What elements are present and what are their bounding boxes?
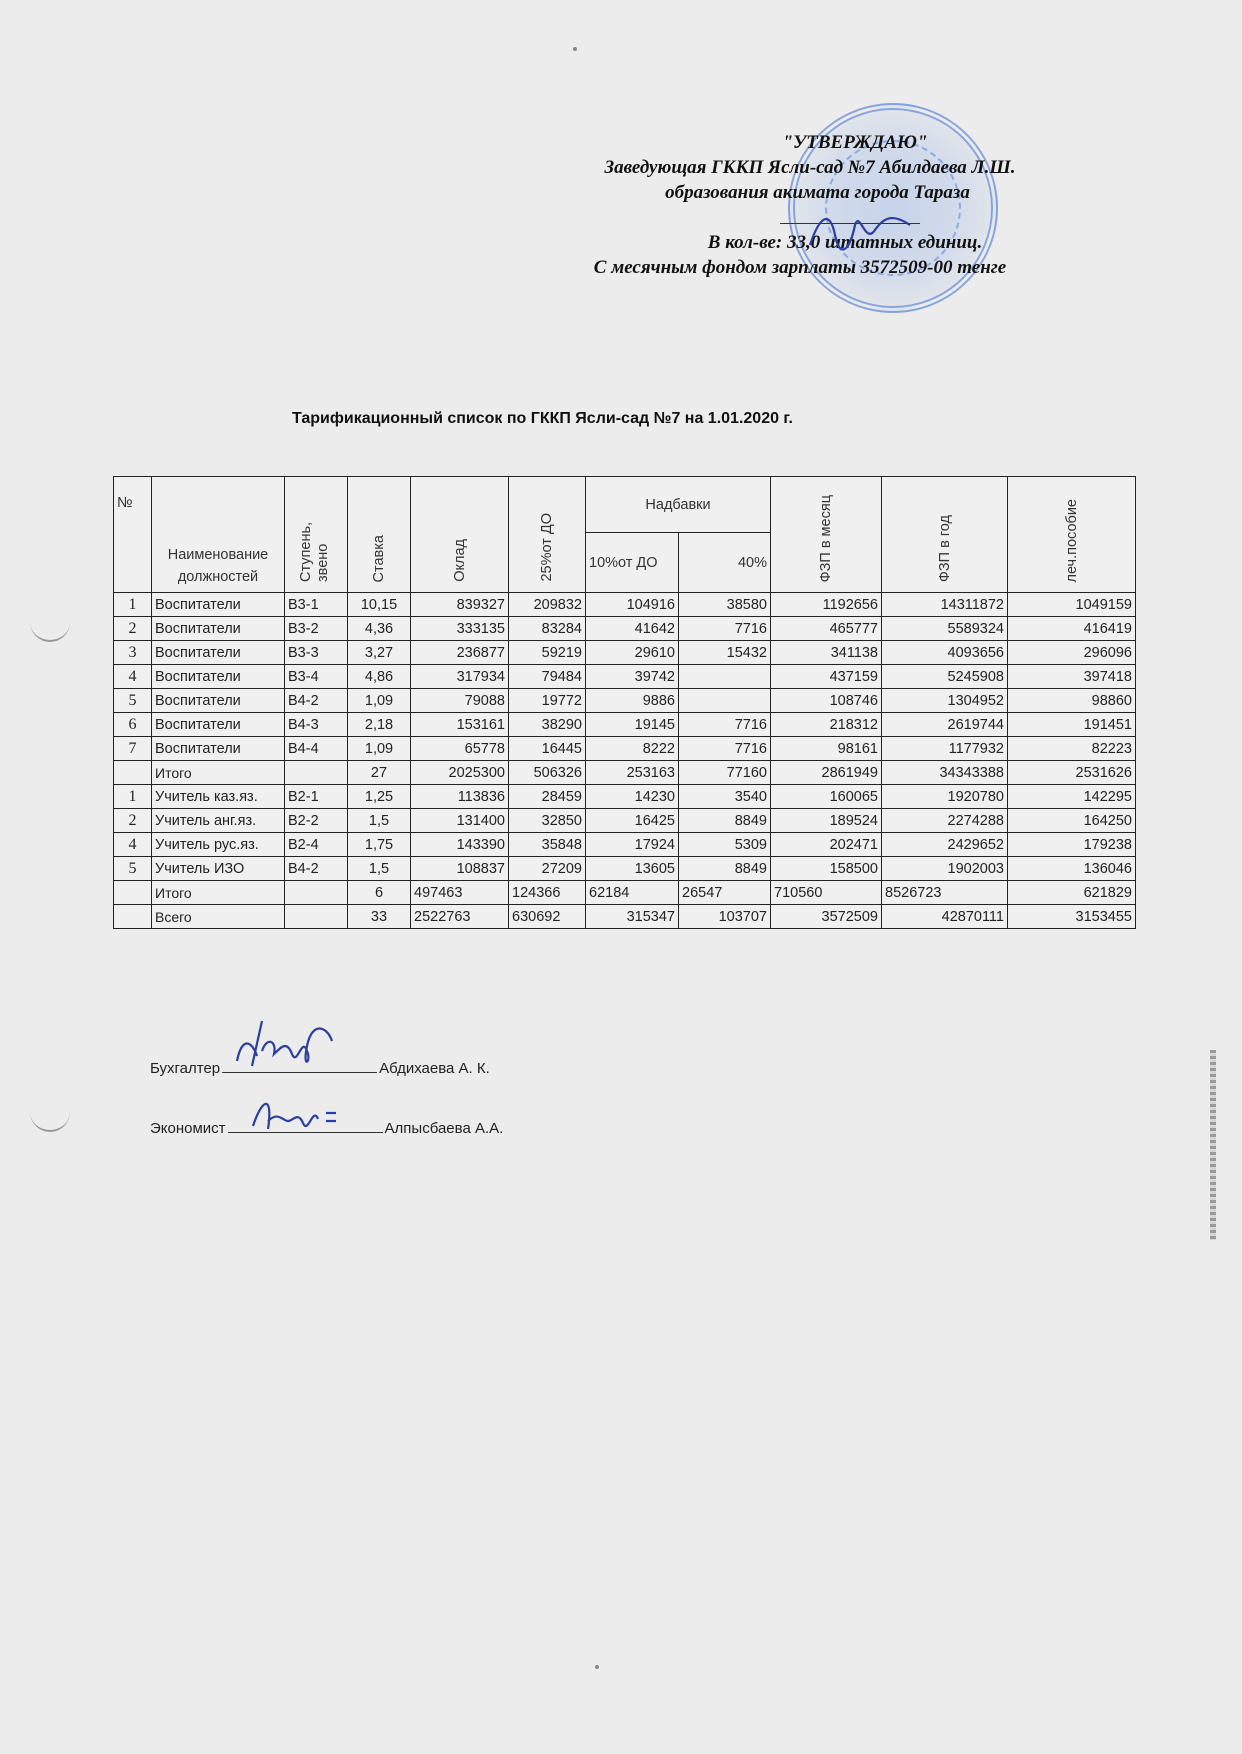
col-header-rate: Ставка	[348, 477, 411, 593]
cell-fzp-year: 1920780	[882, 785, 1008, 809]
cell-rate: 27	[348, 761, 411, 785]
cell-pct40: 8849	[679, 857, 771, 881]
cell-pct10: 16425	[586, 809, 679, 833]
cell-rate: 1,25	[348, 785, 411, 809]
cell-medical: 164250	[1008, 809, 1136, 833]
cell-medical: 416419	[1008, 617, 1136, 641]
cell-salary: 79088	[411, 689, 509, 713]
cell-fzp-month: 2861949	[771, 761, 882, 785]
table-row: 1ВоспитателиВ3-110,158393272098321049163…	[114, 593, 1136, 617]
col-header-grade: Ступень, звено	[285, 477, 348, 593]
cell-no: 1	[114, 593, 152, 617]
cell-fzp-year: 1177932	[882, 737, 1008, 761]
cell-fzp-month: 1192656	[771, 593, 882, 617]
cell-rate: 1,09	[348, 737, 411, 761]
cell-position: Учитель анг.яз.	[152, 809, 285, 833]
cell-position: Итого	[152, 881, 285, 905]
cell-position: Воспитатели	[152, 737, 285, 761]
cell-pct25: 35848	[509, 833, 586, 857]
cell-rate: 33	[348, 905, 411, 929]
cell-no: 4	[114, 665, 152, 689]
cell-fzp-month: 710560	[771, 881, 882, 905]
cell-salary: 143390	[411, 833, 509, 857]
table-row: 4ВоспитателиВ3-44,8631793479484397424371…	[114, 665, 1136, 689]
cell-position: Воспитатели	[152, 713, 285, 737]
cell-fzp-year: 1902003	[882, 857, 1008, 881]
economist-name: Алпысбаева А.А.	[385, 1120, 504, 1137]
table-row: 7ВоспитателиВ4-41,0965778164458222771698…	[114, 737, 1136, 761]
cell-salary: 839327	[411, 593, 509, 617]
cell-fzp-month: 158500	[771, 857, 882, 881]
cell-pct10: 39742	[586, 665, 679, 689]
cell-rate: 4,86	[348, 665, 411, 689]
cell-medical: 397418	[1008, 665, 1136, 689]
subtotal-row: Итого27202530050632625316377160286194934…	[114, 761, 1136, 785]
cell-pct40: 7716	[679, 737, 771, 761]
cell-rate: 6	[348, 881, 411, 905]
col-header-25pct: 25%от ДО	[509, 477, 586, 593]
cell-grade: В2-2	[285, 809, 348, 833]
cell-grade	[285, 761, 348, 785]
cell-no	[114, 761, 152, 785]
cell-fzp-month: 465777	[771, 617, 882, 641]
table-row: 5Учитель ИЗОВ4-21,5108837272091360588491…	[114, 857, 1136, 881]
cell-pct25: 83284	[509, 617, 586, 641]
cell-pct40	[679, 689, 771, 713]
cell-position: Воспитатели	[152, 641, 285, 665]
table-row: 2ВоспитателиВ3-24,3633313583284416427716…	[114, 617, 1136, 641]
cell-no: 6	[114, 713, 152, 737]
cell-fzp-year: 2429652	[882, 833, 1008, 857]
document-title: Тарификационный список по ГККП Ясли-сад …	[292, 410, 793, 428]
cell-fzp-year: 4093656	[882, 641, 1008, 665]
cell-pct40: 77160	[679, 761, 771, 785]
cell-position: Воспитатели	[152, 617, 285, 641]
cell-position: Учитель ИЗО	[152, 857, 285, 881]
cell-no: 5	[114, 689, 152, 713]
cell-fzp-month: 437159	[771, 665, 882, 689]
cell-rate: 1,09	[348, 689, 411, 713]
cell-pct25: 19772	[509, 689, 586, 713]
cell-pct10: 41642	[586, 617, 679, 641]
col-header-40pct: 40%	[679, 533, 771, 593]
accountant-signature-line	[222, 1071, 377, 1073]
cell-medical: 3153455	[1008, 905, 1136, 929]
cell-no: 5	[114, 857, 152, 881]
cell-grade: В4-3	[285, 713, 348, 737]
cell-pct40: 26547	[679, 881, 771, 905]
cell-salary: 2025300	[411, 761, 509, 785]
scan-edge-artifact	[1210, 1050, 1216, 1240]
cell-medical: 621829	[1008, 881, 1136, 905]
cell-pct25: 506326	[509, 761, 586, 785]
cell-salary: 236877	[411, 641, 509, 665]
cell-salary: 131400	[411, 809, 509, 833]
cell-salary: 153161	[411, 713, 509, 737]
economist-label: Экономист	[150, 1120, 226, 1137]
table-row: 2Учитель анг.яз.В2-21,513140032850164258…	[114, 809, 1136, 833]
cell-pct10: 9886	[586, 689, 679, 713]
cell-no	[114, 905, 152, 929]
cell-position: Воспитатели	[152, 593, 285, 617]
subtotal-row: Итого64974631243666218426547710560852672…	[114, 881, 1136, 905]
cell-grade	[285, 905, 348, 929]
cell-pct40: 7716	[679, 713, 771, 737]
cell-position: Всего	[152, 905, 285, 929]
cell-rate: 1,5	[348, 809, 411, 833]
cell-medical: 2531626	[1008, 761, 1136, 785]
cell-grade: В4-2	[285, 857, 348, 881]
cell-rate: 3,27	[348, 641, 411, 665]
table-row: 3ВоспитателиВ3-33,2723687759219296101543…	[114, 641, 1136, 665]
cell-pct25: 38290	[509, 713, 586, 737]
table-row: 1Учитель каз.яз.В2-11,251138362845914230…	[114, 785, 1136, 809]
cell-pct40: 3540	[679, 785, 771, 809]
cell-no	[114, 881, 152, 905]
scan-speck	[573, 47, 577, 51]
cell-grade: В3-3	[285, 641, 348, 665]
cell-medical: 191451	[1008, 713, 1136, 737]
cell-pct10: 19145	[586, 713, 679, 737]
col-header-fzp-year: ФЗП в год	[882, 477, 1008, 593]
approval-title: "УТВЕРЖДАЮ"	[610, 130, 1100, 155]
cell-fzp-month: 98161	[771, 737, 882, 761]
cell-salary: 317934	[411, 665, 509, 689]
cell-position: Учитель каз.яз.	[152, 785, 285, 809]
accountant-label: Бухгалтер	[150, 1060, 220, 1077]
cell-no: 7	[114, 737, 152, 761]
col-header-10pct: 10%от ДО	[586, 533, 679, 593]
cell-grade: В2-4	[285, 833, 348, 857]
cell-pct10: 253163	[586, 761, 679, 785]
cell-grade: В2-1	[285, 785, 348, 809]
cell-grade: В4-2	[285, 689, 348, 713]
col-header-position: Наименование должностей	[152, 477, 285, 593]
hole-punch-mark	[30, 610, 70, 642]
cell-position: Воспитатели	[152, 689, 285, 713]
cell-medical: 179238	[1008, 833, 1136, 857]
cell-pct25: 124366	[509, 881, 586, 905]
economist-signature-row: Экономист Алпысбаева А.А.	[150, 1120, 503, 1137]
head-signature	[805, 205, 915, 255]
cell-grade: В3-1	[285, 593, 348, 617]
cell-pct10: 14230	[586, 785, 679, 809]
accountant-signature-row: Бухгалтер Абдихаева А. К.	[150, 1060, 490, 1077]
table-row: 5ВоспитателиВ4-21,0979088197729886108746…	[114, 689, 1136, 713]
cell-rate: 10,15	[348, 593, 411, 617]
cell-medical: 142295	[1008, 785, 1136, 809]
col-header-no: №	[114, 477, 152, 593]
cell-fzp-year: 1304952	[882, 689, 1008, 713]
economist-signature-line	[228, 1131, 383, 1133]
cell-position: Учитель рус.яз.	[152, 833, 285, 857]
cell-fzp-month: 202471	[771, 833, 882, 857]
cell-pct25: 32850	[509, 809, 586, 833]
cell-fzp-year: 5245908	[882, 665, 1008, 689]
cell-pct25: 59219	[509, 641, 586, 665]
cell-no: 4	[114, 833, 152, 857]
col-header-allowances: Надбавки	[586, 477, 771, 533]
col-header-salary: Оклад	[411, 477, 509, 593]
cell-fzp-month: 160065	[771, 785, 882, 809]
cell-pct10: 29610	[586, 641, 679, 665]
cell-pct40: 103707	[679, 905, 771, 929]
cell-fzp-year: 14311872	[882, 593, 1008, 617]
cell-medical: 296096	[1008, 641, 1136, 665]
cell-fzp-year: 5589324	[882, 617, 1008, 641]
cell-fzp-year: 2619744	[882, 713, 1008, 737]
cell-salary: 333135	[411, 617, 509, 641]
cell-position: Воспитатели	[152, 665, 285, 689]
cell-grade: В3-4	[285, 665, 348, 689]
table-row: 4Учитель рус.яз.В2-41,751433903584817924…	[114, 833, 1136, 857]
cell-pct25: 27209	[509, 857, 586, 881]
cell-salary: 65778	[411, 737, 509, 761]
cell-position: Итого	[152, 761, 285, 785]
cell-no: 2	[114, 617, 152, 641]
cell-pct25: 79484	[509, 665, 586, 689]
cell-pct40: 8849	[679, 809, 771, 833]
accountant-signature	[232, 1016, 342, 1076]
cell-pct10: 17924	[586, 833, 679, 857]
cell-pct10: 315347	[586, 905, 679, 929]
cell-rate: 4,36	[348, 617, 411, 641]
approval-line-1: Заведующая ГККП Ясли-сад №7 Абилдаева Л.…	[520, 155, 1100, 180]
cell-pct40: 38580	[679, 593, 771, 617]
cell-grade	[285, 881, 348, 905]
cell-pct25: 209832	[509, 593, 586, 617]
cell-pct25: 16445	[509, 737, 586, 761]
cell-no: 3	[114, 641, 152, 665]
cell-fzp-year: 34343388	[882, 761, 1008, 785]
cell-fzp-year: 8526723	[882, 881, 1008, 905]
col-header-medical: леч.пособие	[1008, 477, 1136, 593]
cell-medical: 1049159	[1008, 593, 1136, 617]
cell-pct40: 5309	[679, 833, 771, 857]
scan-speck	[595, 1665, 599, 1669]
cell-grade: В4-4	[285, 737, 348, 761]
cell-pct40: 7716	[679, 617, 771, 641]
col-header-fzp-month: ФЗП в месяц	[771, 477, 882, 593]
cell-grade: В3-2	[285, 617, 348, 641]
cell-pct40: 15432	[679, 641, 771, 665]
cell-no: 2	[114, 809, 152, 833]
tariff-table: № Наименование должностей Ступень, звено…	[113, 476, 1136, 929]
cell-pct25: 28459	[509, 785, 586, 809]
approval-monthly-fund: С месячным фондом зарплаты 3572509-00 те…	[500, 255, 1100, 280]
cell-pct25: 630692	[509, 905, 586, 929]
cell-medical: 82223	[1008, 737, 1136, 761]
cell-salary: 2522763	[411, 905, 509, 929]
cell-pct10: 13605	[586, 857, 679, 881]
cell-medical: 98860	[1008, 689, 1136, 713]
cell-pct40	[679, 665, 771, 689]
accountant-name: Абдихаева А. К.	[379, 1060, 490, 1077]
cell-fzp-month: 3572509	[771, 905, 882, 929]
cell-fzp-month: 108746	[771, 689, 882, 713]
cell-salary: 113836	[411, 785, 509, 809]
cell-fzp-month: 218312	[771, 713, 882, 737]
cell-salary: 497463	[411, 881, 509, 905]
cell-pct10: 104916	[586, 593, 679, 617]
cell-fzp-year: 42870111	[882, 905, 1008, 929]
cell-medical: 136046	[1008, 857, 1136, 881]
cell-pct10: 8222	[586, 737, 679, 761]
cell-no: 1	[114, 785, 152, 809]
cell-rate: 1,5	[348, 857, 411, 881]
approval-line-2: образования акимата города Тараза	[535, 180, 1100, 205]
table-row: 6ВоспитателиВ4-32,1815316138290191457716…	[114, 713, 1136, 737]
cell-fzp-month: 189524	[771, 809, 882, 833]
economist-signature	[238, 1091, 348, 1136]
cell-fzp-year: 2274288	[882, 809, 1008, 833]
cell-fzp-month: 341138	[771, 641, 882, 665]
hole-punch-mark	[30, 1100, 70, 1132]
total-row: Всего33252276363069231534710370735725094…	[114, 905, 1136, 929]
cell-rate: 2,18	[348, 713, 411, 737]
cell-rate: 1,75	[348, 833, 411, 857]
cell-salary: 108837	[411, 857, 509, 881]
cell-pct10: 62184	[586, 881, 679, 905]
